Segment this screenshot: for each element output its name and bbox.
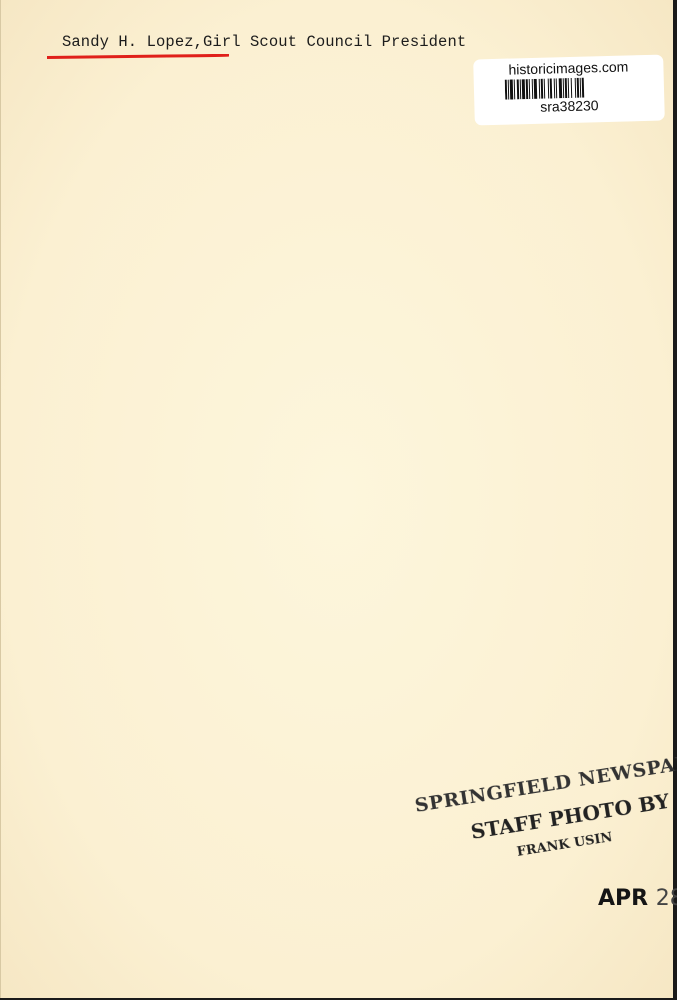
photo-back-paper: Sandy H. Lopez,Girl Scout Council Presid… [0, 0, 673, 998]
label-sku: sra38230 [474, 96, 664, 117]
date-day: 28 [656, 886, 677, 911]
date-month: APR [598, 886, 648, 911]
red-underline [47, 54, 229, 59]
archive-label: historicimages.com sra38230 [473, 55, 665, 126]
label-site: historicimages.com [473, 58, 663, 79]
caption-text: Sandy H. Lopez,Girl Scout Council Presid… [62, 33, 466, 51]
date-stamp: APR 28 [598, 886, 677, 911]
